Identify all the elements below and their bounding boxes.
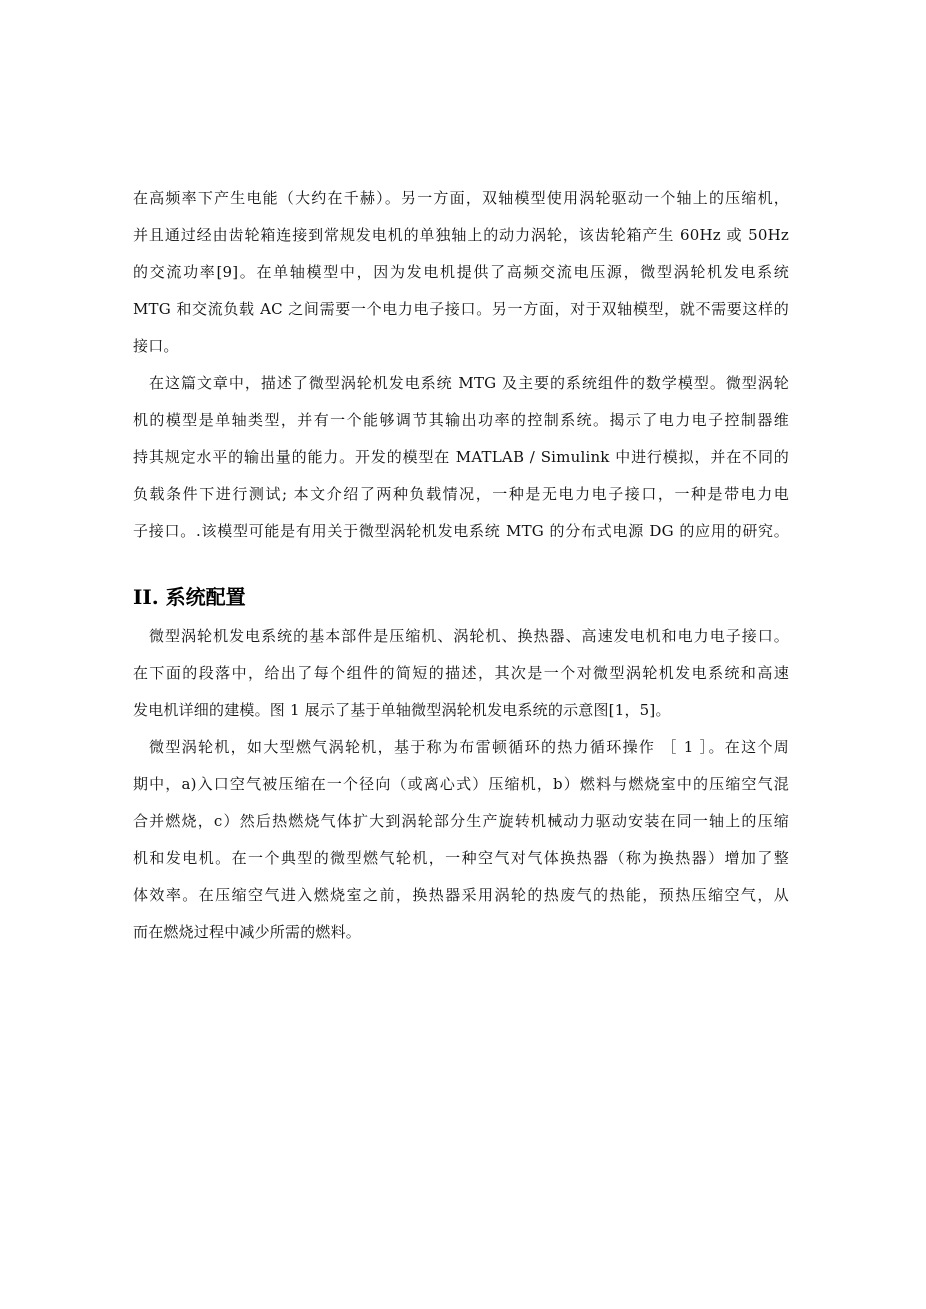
text-line: 合并燃烧，c）然后热燃烧气体扩大到涡轮部分生产旋转机械动力驱动安装在同一轴上的压…: [133, 803, 789, 840]
text-line: 并且通过经由齿轮箱连接到常规发电机的单独轴上的动力涡轮，该齿轮箱产生 60Hz …: [133, 217, 789, 254]
text-line: 发电机详细的建模。图 1 展示了基于单轴微型涡轮机发电系统的示意图[1，5]。: [133, 692, 789, 729]
paragraph-brayton-cycle: 微型涡轮机，如大型燃气涡轮机，基于称为布雷顿循环的热力循环操作 ［ 1 ］。在这…: [133, 729, 789, 951]
text-line: 期中，a)入口空气被压缩在一个径向（或离心式）压缩机，b）燃料与燃烧室中的压缩空…: [133, 766, 789, 803]
text-line: 机的模型是单轴类型，并有一个能够调节其输出功率的控制系统。揭示了电力电子控制器维: [133, 402, 789, 439]
text-line: 持其规定水平的输出量的能力。开发的模型在 MATLAB / Simulink 中…: [133, 439, 789, 476]
text-line: 负载条件下进行测试; 本文介绍了两种负载情况，一种是无电力电子接口，一种是带电力…: [133, 476, 789, 513]
text-line: MTG 和交流负载 AC 之间需要一个电力电子接口。另一方面，对于双轴模型，就不…: [133, 291, 789, 328]
text-line: 接口。: [133, 328, 789, 365]
section-title: 系统配置: [166, 585, 246, 609]
document-page: 在高频率下产生电能（大约在千赫）。另一方面，双轴模型使用涡轮驱动一个轴上的压缩机…: [133, 180, 789, 951]
paragraph-basic-components: 微型涡轮机发电系统的基本部件是压缩机、涡轮机、换热器、高速发电机和电力电子接口。…: [133, 618, 789, 729]
paragraph-single-vs-two-shaft: 在高频率下产生电能（大约在千赫）。另一方面，双轴模型使用涡轮驱动一个轴上的压缩机…: [133, 180, 789, 365]
section-number: II.: [133, 585, 159, 609]
text-line: 体效率。在压缩空气进入燃烧室之前，换热器采用涡轮的热废气的热能，预热压缩空气，从: [133, 877, 789, 914]
text-line: 微型涡轮机，如大型燃气涡轮机，基于称为布雷顿循环的热力循环操作 ［ 1 ］。在这…: [133, 729, 789, 766]
paragraph-article-overview: 在这篇文章中，描述了微型涡轮机发电系统 MTG 及主要的系统组件的数学模型。微型…: [133, 365, 789, 550]
text-line: 在这篇文章中，描述了微型涡轮机发电系统 MTG 及主要的系统组件的数学模型。微型…: [133, 365, 789, 402]
text-line: 而在燃烧过程中减少所需的燃料。: [133, 914, 789, 951]
text-line: 机和发电机。在一个典型的微型燃气轮机，一种空气对气体换热器（称为换热器）增加了整: [133, 840, 789, 877]
text-line: 的交流功率[9]。在单轴模型中，因为发电机提供了高频交流电压源，微型涡轮机发电系…: [133, 254, 789, 291]
text-line: 微型涡轮机发电系统的基本部件是压缩机、涡轮机、换热器、高速发电机和电力电子接口。: [133, 618, 789, 655]
text-line: 在下面的段落中，给出了每个组件的简短的描述，其次是一个对微型涡轮机发电系统和高速: [133, 655, 789, 692]
text-line: 子接口。.该模型可能是有用关于微型涡轮机发电系统 MTG 的分布式电源 DG 的…: [133, 513, 789, 550]
text-line: 在高频率下产生电能（大约在千赫）。另一方面，双轴模型使用涡轮驱动一个轴上的压缩机…: [133, 180, 789, 217]
section-heading: II. 系统配置: [133, 576, 789, 618]
